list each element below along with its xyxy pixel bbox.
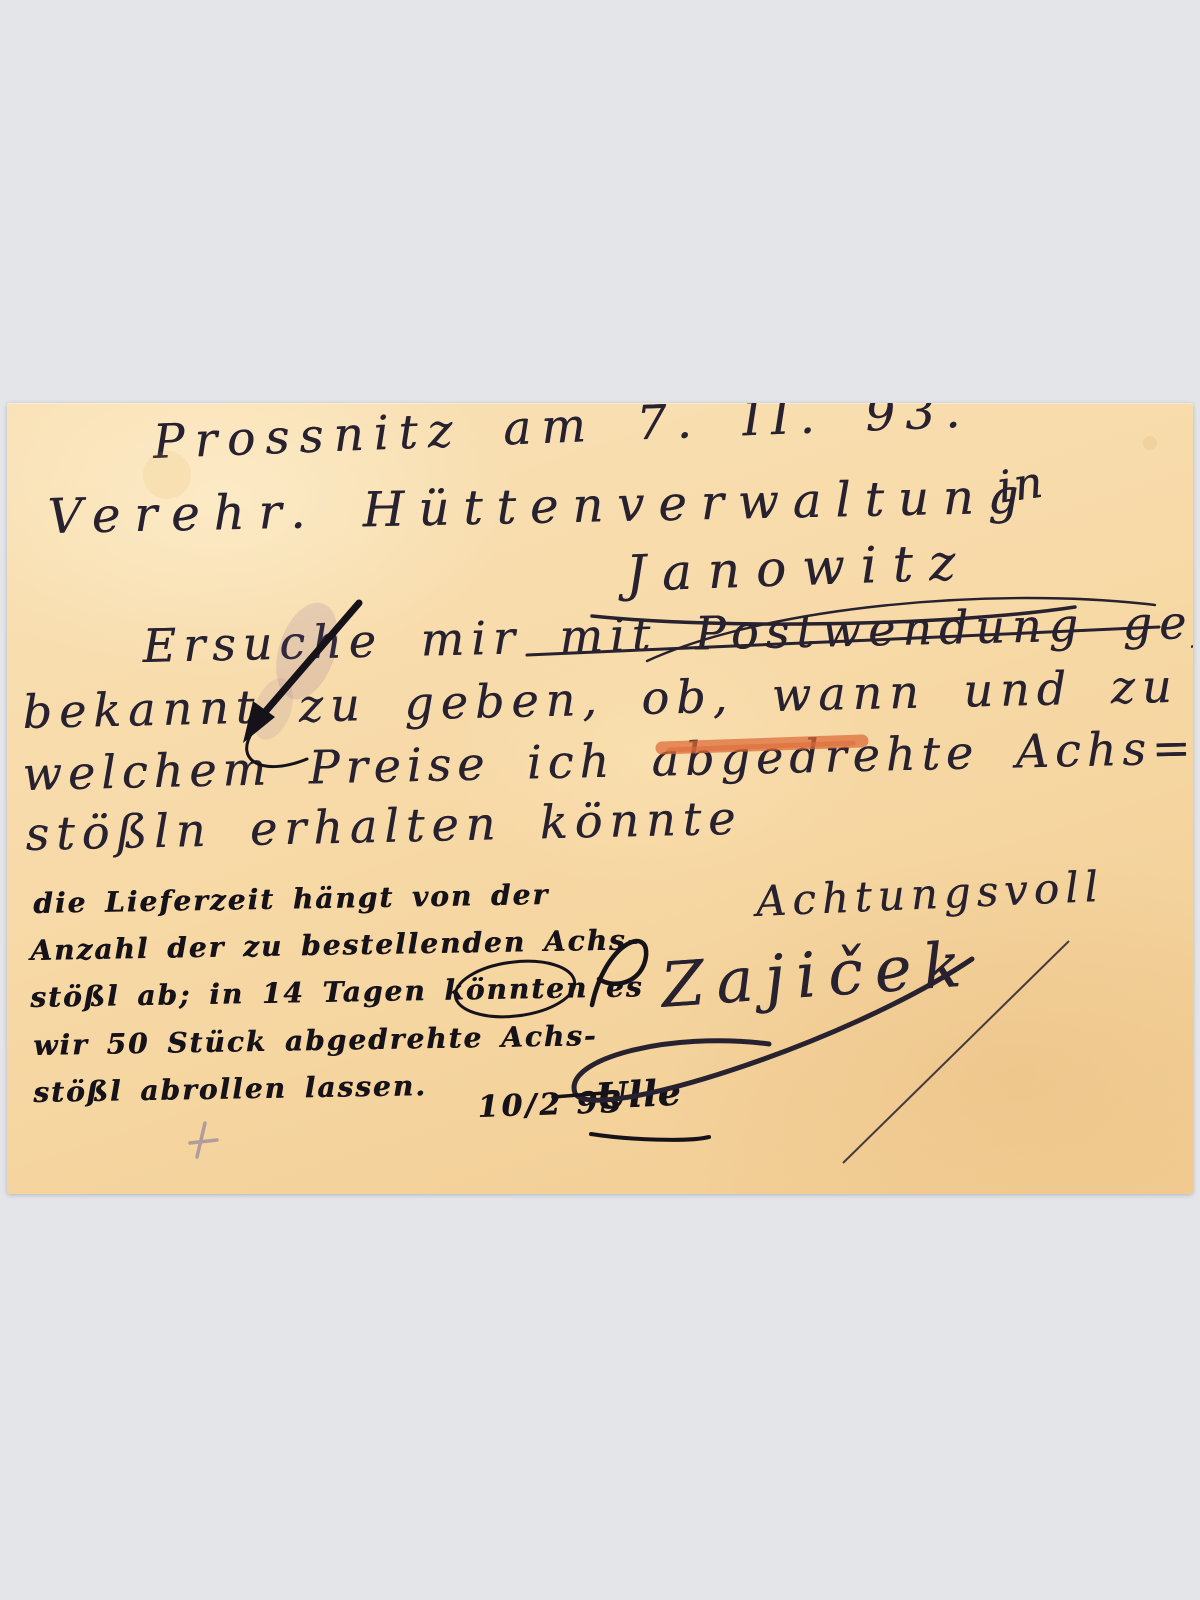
closing-text: Achtungsvoll (755, 866, 1105, 923)
note-line: die Lieferzeit hängt von der (33, 881, 549, 918)
signature-text: Zajiček (659, 933, 975, 1017)
handwritten-postcard: Prossnitz am 7. II. 93. Verehr. Hüttenve… (7, 403, 1193, 1194)
paper-stain (1143, 436, 1157, 450)
body-line: Ersuche mir mit Postwendung gef. (142, 598, 1193, 669)
dateline-text: Prossnitz am 7. II. 93. (152, 403, 971, 466)
initials-underline (591, 1134, 709, 1140)
salutation-text: Verehr. Hüttenverwaltung (47, 472, 1033, 541)
recipient-place-text: Janowitz (625, 537, 972, 599)
body-line: welchem Preise ich abgedrehte Achs= (22, 724, 1193, 797)
note-line: wir 50 Stück abgedrehte Achs- (33, 1022, 598, 1060)
note-line: stößl ab; in 14 Tagen könnten es (30, 973, 644, 1012)
note-initials-text: Ulle (595, 1075, 682, 1115)
body-line: stößln erhalten könnte (25, 795, 743, 857)
salutation-suffix-text: in (995, 461, 1047, 511)
note-line: Anzahl der zu bestellenden Achs- (30, 926, 641, 965)
note-line: stößl abrollen lassen. (33, 1072, 427, 1107)
scan-background: { "colors": { "page_bg": "#e3e5e9", "pap… (0, 0, 1200, 1600)
pencil-mark-4 (190, 1123, 217, 1157)
